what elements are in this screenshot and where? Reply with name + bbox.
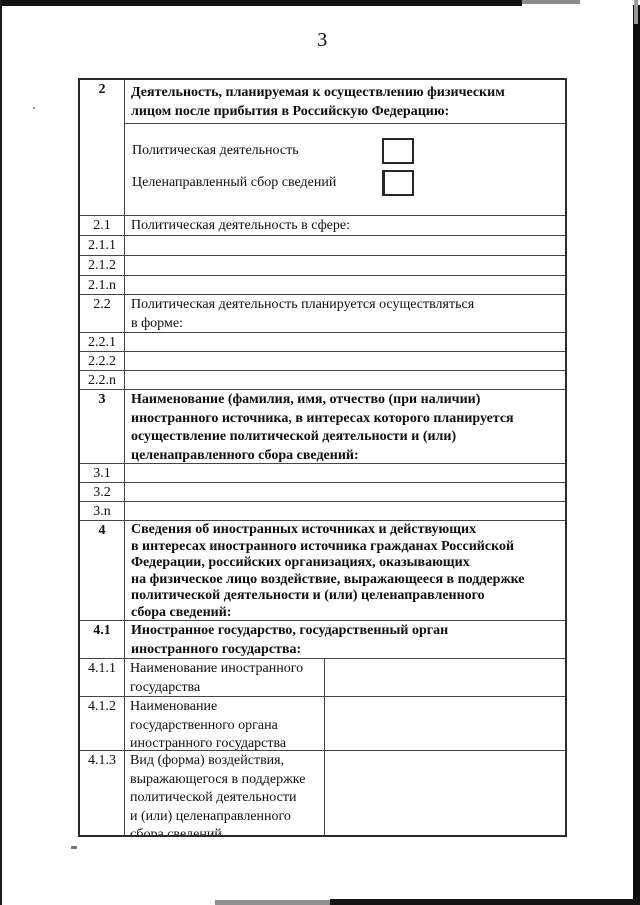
table-row-2-1-2: 2.1.2 bbox=[80, 255, 565, 275]
row-2-title: Деятельность, планируемая к осуществлени… bbox=[125, 80, 565, 124]
table-row-2-1-1: 2.1.1 bbox=[80, 235, 565, 255]
table-row-4-1: 4.1 Иностранное государство, государстве… bbox=[80, 620, 565, 658]
empty-field bbox=[125, 352, 565, 370]
row-number: 4.1.1 bbox=[80, 659, 125, 696]
table-row-3: 3 Наименование (фамилия, имя, отчество (… bbox=[80, 389, 565, 463]
table-row-4-1-3: 4.1.3 Вид (форма) воздействия, выражающе… bbox=[80, 750, 565, 835]
form-table: 2 Деятельность, планируемая к осуществле… bbox=[78, 78, 567, 837]
empty-field bbox=[125, 464, 565, 482]
empty-field bbox=[125, 483, 565, 501]
field-label: Вид (форма) воздействия, выражающегося в… bbox=[125, 751, 325, 835]
row-text: Политическая деятельность в сфере: bbox=[125, 216, 565, 235]
row-number: 2.2.1 bbox=[80, 333, 125, 351]
row-number: 2.2.n bbox=[80, 371, 125, 389]
table-row-2-2-2: 2.2.2 bbox=[80, 351, 565, 370]
table-row-4: 4 Сведения об иностранных источниках и д… bbox=[80, 520, 565, 620]
table-row-2-1-n: 2.1.n bbox=[80, 275, 565, 294]
table-row-3-n: 3.n bbox=[80, 501, 565, 520]
field-label: Наименование государственного органа ино… bbox=[125, 697, 325, 750]
political-activity-checkbox bbox=[382, 138, 414, 164]
row-number: 3.1 bbox=[80, 464, 125, 482]
empty-field bbox=[125, 256, 565, 275]
empty-field bbox=[325, 697, 565, 750]
row-text: Наименование (фамилия, имя, отчество (пр… bbox=[125, 390, 565, 463]
empty-field bbox=[125, 502, 565, 520]
empty-field bbox=[125, 236, 565, 255]
row-number: 2.2 bbox=[80, 295, 125, 332]
table-row-3-2: 3.2 bbox=[80, 482, 565, 501]
row-text: Политическая деятельность планируется ос… bbox=[125, 295, 565, 332]
option-targeted-collection: Целенаправленный сбор сведений bbox=[132, 170, 560, 196]
empty-field bbox=[125, 276, 565, 294]
scan-edge-left bbox=[0, 0, 2, 905]
row-number: 4.1.2 bbox=[80, 697, 125, 750]
scan-edge-right bbox=[633, 5, 640, 905]
table-row-2-2: 2.2 Политическая деятельность планируетс… bbox=[80, 294, 565, 332]
table-row-4-1-2: 4.1.2 Наименование государственного орга… bbox=[80, 696, 565, 750]
row-number: 4.1.3 bbox=[80, 751, 125, 835]
scan-speck-dot bbox=[33, 107, 35, 109]
field-label: Наименование иностранного государства bbox=[125, 659, 325, 696]
scan-edge-right-gray bbox=[634, 0, 638, 24]
table-row-2-1: 2.1 Политическая деятельность в сфере: bbox=[80, 215, 565, 235]
empty-field bbox=[125, 371, 565, 389]
row-number: 2.1.2 bbox=[80, 256, 125, 275]
row-2-content: Деятельность, планируемая к осуществлени… bbox=[125, 80, 565, 215]
row-number: 4 bbox=[80, 521, 125, 620]
page-number: 3 bbox=[0, 29, 640, 52]
empty-field bbox=[325, 751, 565, 835]
table-row-3-1: 3.1 bbox=[80, 463, 565, 482]
row-number: 3.n bbox=[80, 502, 125, 520]
scan-speck-dash bbox=[71, 846, 77, 849]
empty-field bbox=[125, 333, 565, 351]
option-label: Целенаправленный сбор сведений bbox=[132, 175, 336, 190]
row-number: 3 bbox=[80, 390, 125, 463]
empty-field bbox=[325, 659, 565, 696]
option-label: Политическая деятельность bbox=[132, 143, 299, 158]
row-number: 3.2 bbox=[80, 483, 125, 501]
scan-edge-top-gray bbox=[522, 0, 580, 4]
row-text: Иностранное государство, государственный… bbox=[125, 621, 565, 658]
table-row-4-1-1: 4.1.1 Наименование иностранного государс… bbox=[80, 658, 565, 696]
scanned-document-page: 3 2 Деятельность, планируемая к осуществ… bbox=[0, 0, 640, 905]
row-number: 2 bbox=[80, 80, 125, 215]
row-number: 2.1.n bbox=[80, 276, 125, 294]
row-2-options: Политическая деятельность Целенаправленн… bbox=[125, 124, 565, 215]
scan-edge-bottom bbox=[330, 899, 640, 905]
table-row-2-2-1: 2.2.1 bbox=[80, 332, 565, 351]
table-row-2-2-n: 2.2.n bbox=[80, 370, 565, 389]
table-row-2: 2 Деятельность, планируемая к осуществле… bbox=[80, 80, 565, 215]
row-text: Сведения об иностранных источниках и дей… bbox=[125, 521, 565, 620]
scan-edge-bottom-gray bbox=[215, 900, 330, 905]
row-number: 2.2.2 bbox=[80, 352, 125, 370]
option-political-activity: Политическая деятельность bbox=[132, 138, 560, 164]
row-number: 2.1.1 bbox=[80, 236, 125, 255]
row-number: 4.1 bbox=[80, 621, 125, 658]
row-number: 2.1 bbox=[80, 216, 125, 235]
targeted-collection-checkbox bbox=[382, 170, 414, 196]
scan-edge-top bbox=[0, 0, 522, 6]
